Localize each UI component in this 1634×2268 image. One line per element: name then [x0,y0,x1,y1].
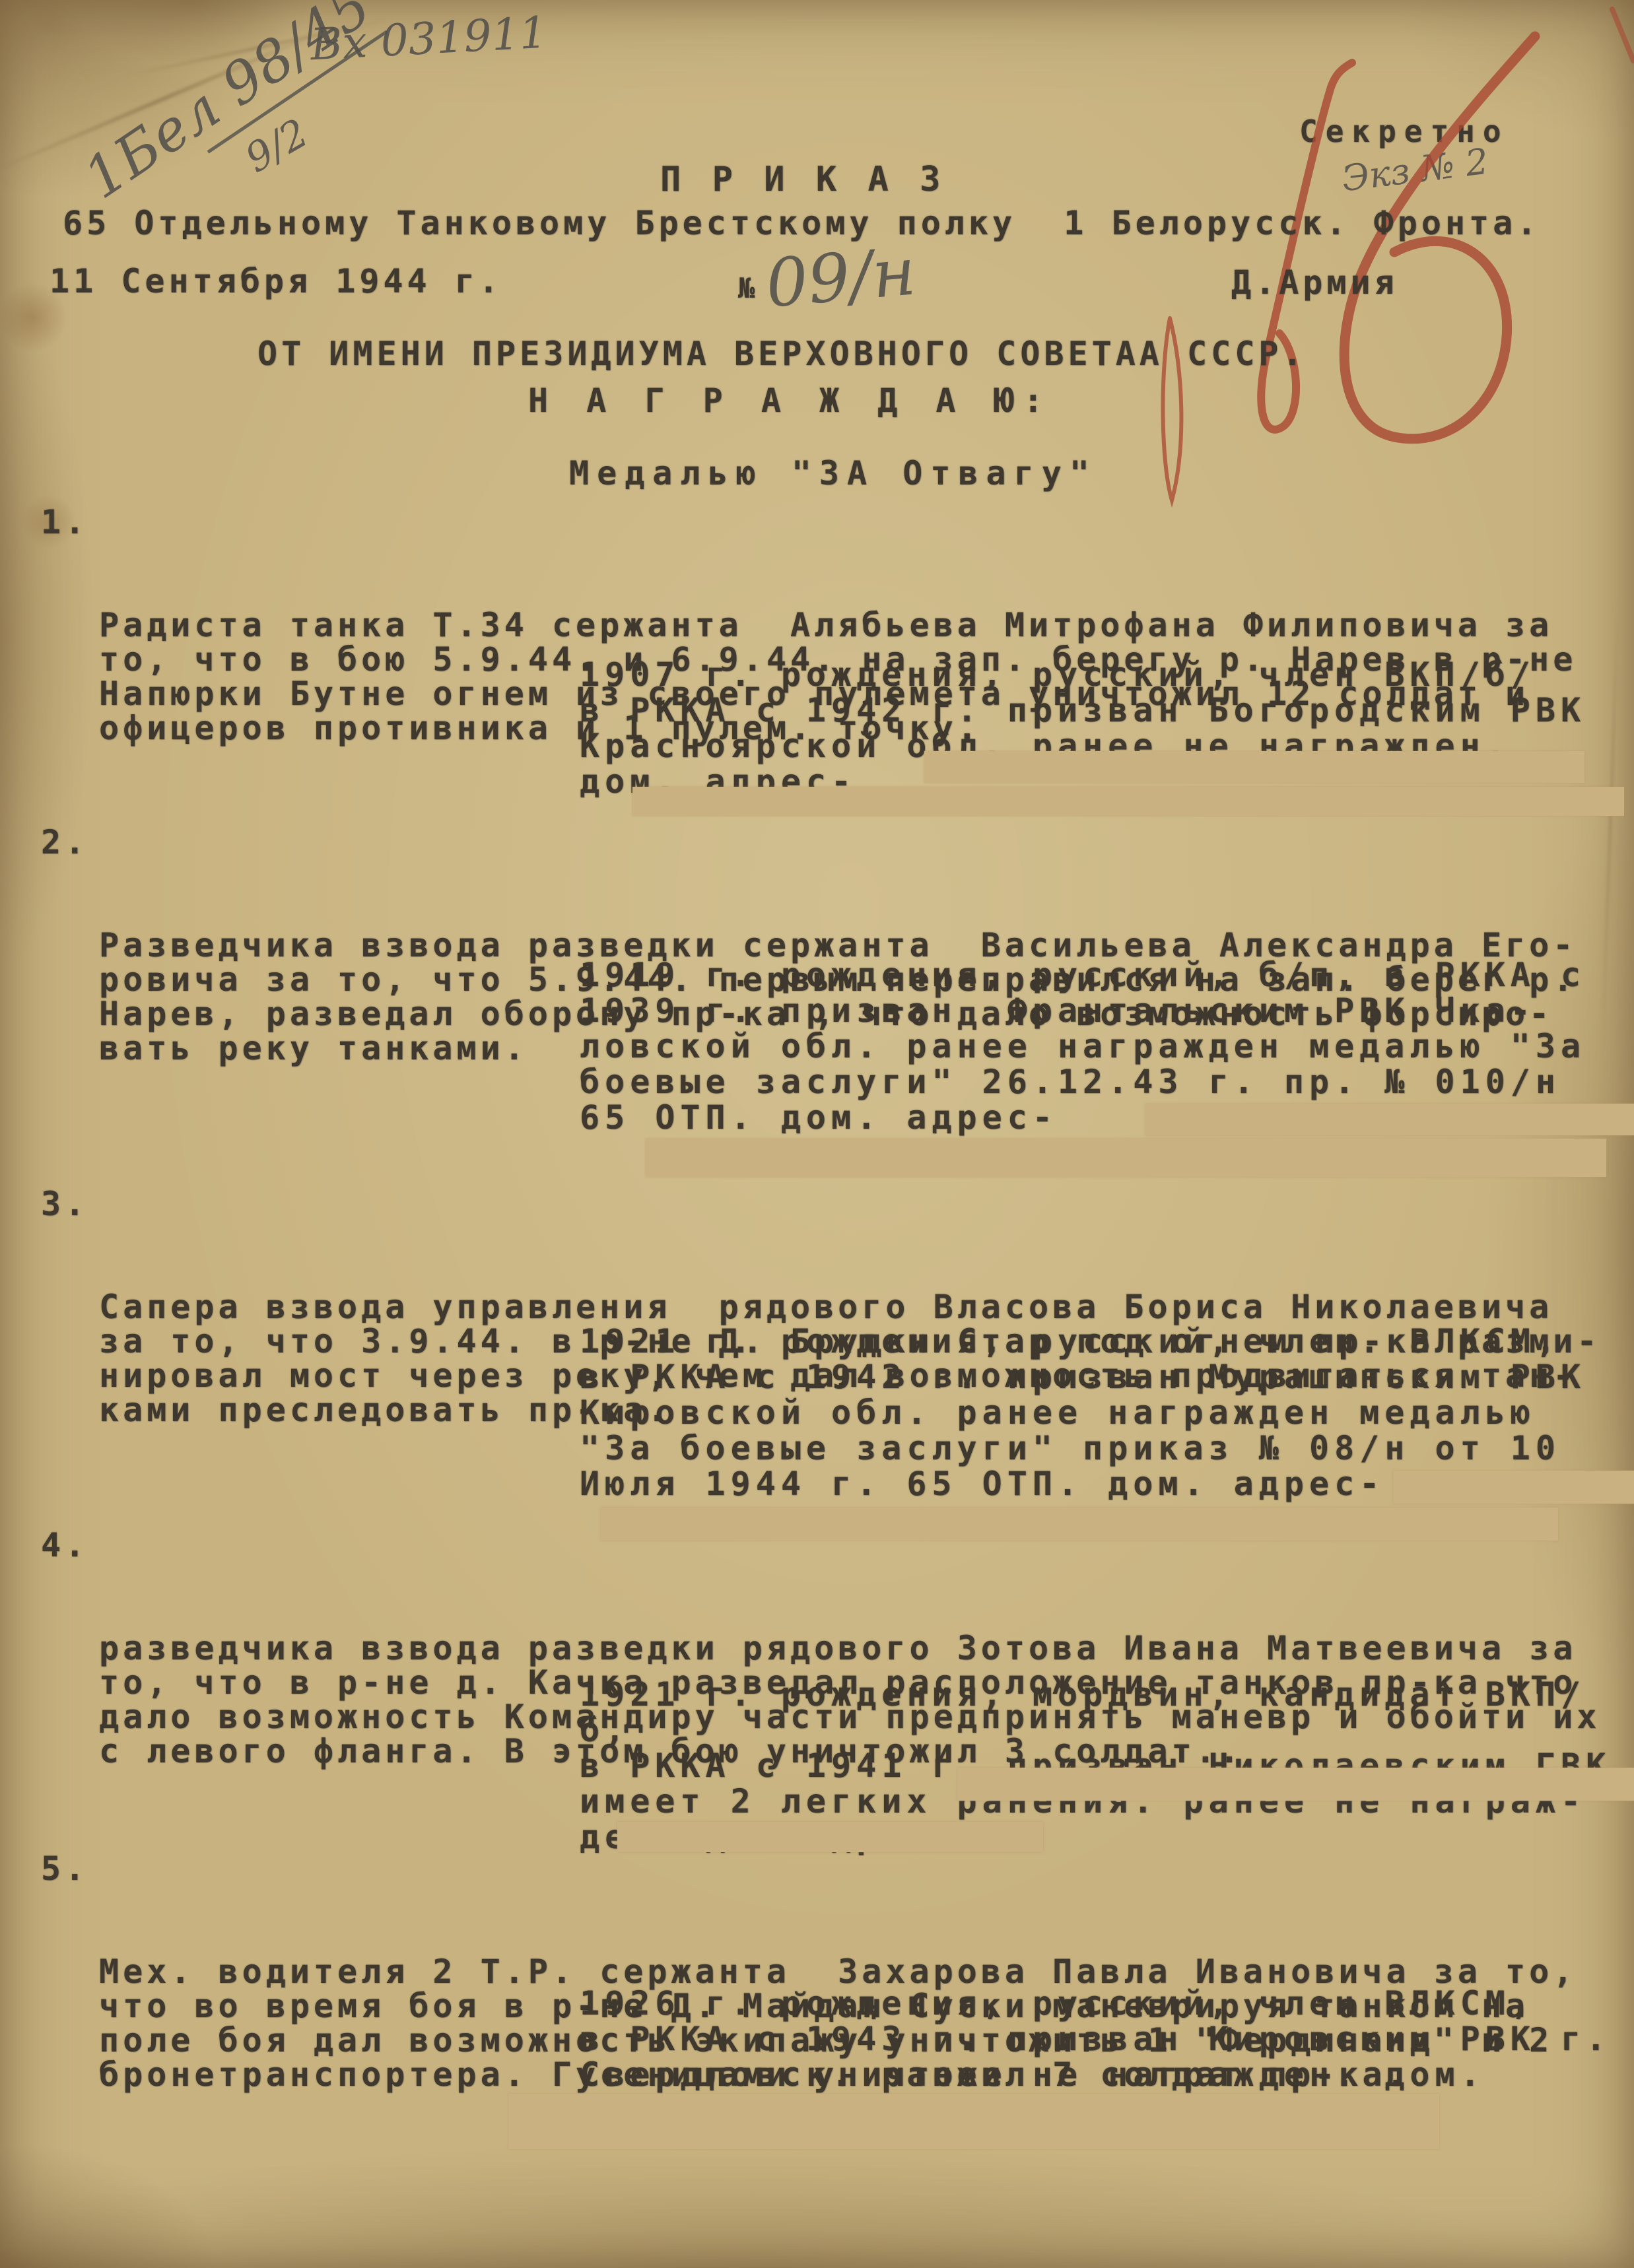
redaction-block [1145,1104,1634,1135]
entry-number: 4. [41,1528,88,1562]
redaction-block [646,1139,1606,1177]
decree-line: Н А Г Р А Ж Д А Ю: [528,382,1052,420]
entry-number: 1. [41,505,88,539]
army-label: Д.Армия [1231,265,1398,300]
entry-number: 2. [41,825,88,859]
redaction-block [617,1822,1043,1852]
addressee-line: 65 Отдельному Танковому Брестскому полку… [63,206,1540,240]
preamble-line: ОТ ИМЕНИ ПРЕЗИДИУМА ВЕРХОВНОГО СОВЕТАА С… [257,337,1307,371]
entry-number: 3. [41,1187,88,1221]
redaction-block [508,2094,1439,2149]
number-sign: № [738,272,755,304]
redaction-block [601,1508,1558,1541]
red-mark-corner [1612,9,1633,61]
order-number-handwritten: 09/н [763,232,918,322]
copy-number-note: Экз № 2 [1340,141,1491,200]
corner-pencil-note-date: 9/2 [238,110,316,182]
page-title: П Р И К А З [660,160,945,199]
redaction-block [924,751,1584,783]
entry-number: 5. [41,1851,88,1886]
redaction-block [957,1768,1634,1801]
medal-line: Медалью "ЗА Отвагу" [569,454,1097,492]
redaction-block [632,787,1624,816]
redaction-block [1393,1471,1634,1504]
document-page: 1Бел 98/45 9/2 Вх 031911 Секретно Экз № … [0,0,1634,2268]
date-line: 11 Сентября 1944 г. [50,264,502,298]
